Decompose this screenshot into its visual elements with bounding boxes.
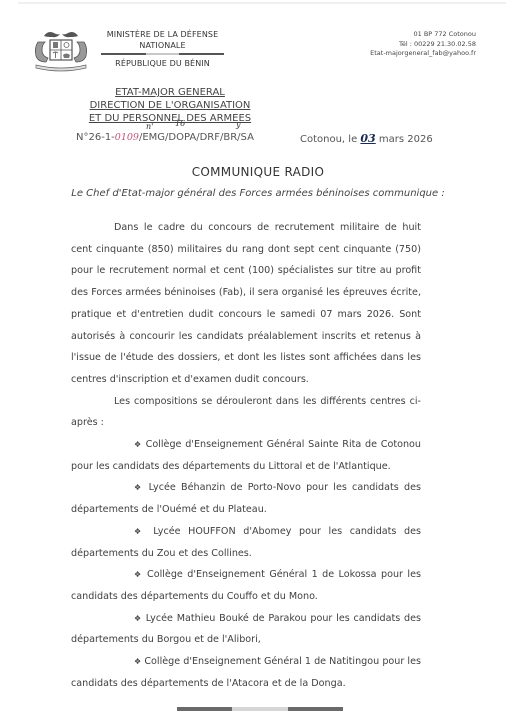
body-paragraph: Dans le cadre du concours de recrutement… [71, 217, 421, 391]
centre-list-item: ❖ Collège d'Enseignement Général 1 de Lo… [71, 564, 421, 607]
centre-list-item: ❖ Collège d'Enseignement Général Sainte … [71, 434, 421, 477]
republic-name: RÉPUBLIQUE DU BÉNIN [95, 59, 230, 70]
ministry-header: MINISTÈRE DE LA DÉFENSE NATIONALE RÉPUBL… [95, 30, 230, 70]
ministry-name-line1: MINISTÈRE DE LA DÉFENSE [95, 30, 230, 41]
diamond-bullet-icon: ❖ [134, 440, 142, 449]
diamond-bullet-icon: ❖ [134, 570, 143, 579]
issuer-line2: DIRECTION DE L'ORGANISATION [90, 100, 251, 111]
document-body: Dans le cadre du concours de recrutement… [71, 217, 421, 694]
document-subtitle: Le Chef d'Etat-major général des Forces … [0, 188, 516, 199]
flag-divider [101, 53, 225, 55]
reference-number: N°26-1-0109/EMG/DOPA/DRF/BR/SA [76, 132, 254, 143]
diamond-bullet-icon: ❖ [134, 657, 141, 666]
contact-email: Etat-majorgeneral_fab@yahoo.fr [370, 49, 476, 59]
contact-phone: Tél : 00229 21.30.02.58 [370, 40, 476, 50]
handwritten-annotation: n' [146, 122, 153, 131]
document-title: COMMUNIQUE RADIO [0, 165, 516, 179]
diamond-bullet-icon: ❖ [134, 527, 146, 536]
contact-block: 01 BP 772 Cotonou Tél : 00229 21.30.02.5… [370, 30, 476, 59]
contact-address: 01 BP 772 Cotonou [370, 30, 476, 40]
centre-list-item: ❖ Lycée HOUFFON d'Abomey pour les candid… [71, 521, 421, 564]
diamond-bullet-icon: ❖ [134, 614, 142, 623]
issuer-line3: ET DU PERSONNEL DES ARMEES [89, 113, 251, 124]
centre-list-item: ❖ Collège d'Enseignement Général 1 de Na… [71, 651, 421, 694]
centre-list-item: ❖ Lycée Béhanzin de Porto-Novo pour les … [71, 477, 421, 520]
issuer-line1: ETAT-MAJOR GENERAL [115, 87, 225, 98]
diamond-bullet-icon: ❖ [134, 483, 143, 492]
body-paragraph: Les compositions se dérouleront dans les… [71, 391, 421, 434]
handwritten-day: 03 [360, 132, 375, 145]
footer-flag-divider [177, 707, 343, 711]
handwritten-ref-number: 0109 [115, 132, 139, 143]
handwritten-annotation: 16 [175, 119, 185, 128]
page-top-rule [18, 2, 506, 4]
handwritten-annotation: y [236, 120, 241, 129]
centre-list-item: ❖ Lycée Mathieu Bouké de Parakou pour le… [71, 608, 421, 651]
benin-coat-of-arms-icon [30, 28, 92, 72]
ministry-name-line2: NATIONALE [95, 41, 230, 52]
dateline: Cotonou, le 03 mars 2026 [300, 132, 433, 145]
